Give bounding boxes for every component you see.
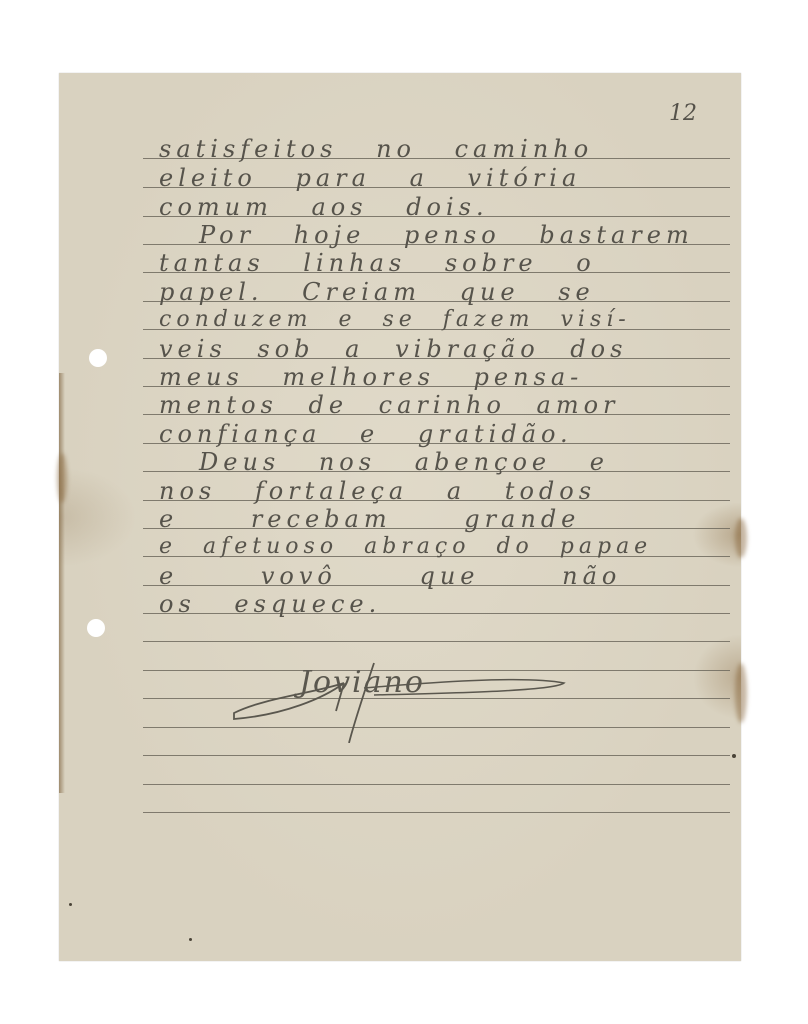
handwritten-line: tantas linhas sobre o <box>159 249 739 277</box>
handwritten-line: meus melhores pensa- <box>159 363 739 391</box>
handwritten-line: os esquece. <box>159 590 739 618</box>
handwritten-line: confiança e gratidão. <box>159 420 739 448</box>
punch-hole-top <box>89 349 107 367</box>
stain-right-2 <box>735 663 747 723</box>
handwritten-line: e vovô que não <box>159 562 739 590</box>
handwritten-line: satisfeitos no caminho <box>159 135 739 163</box>
ink-speck <box>732 754 736 758</box>
handwritten-line: Deus nos abençoe e <box>199 448 779 476</box>
handwritten-line: eleito para a vitória <box>159 164 739 192</box>
edge-stain <box>59 373 65 793</box>
handwritten-line: mentos de carinho amor <box>159 391 739 419</box>
ruled-line <box>143 784 730 785</box>
page-number: 12 <box>669 101 697 126</box>
stain-left <box>57 453 67 503</box>
punch-hole-bottom <box>87 619 105 637</box>
handwritten-line: e recebam grande <box>159 505 739 533</box>
handwritten-line: nos fortaleça a todos <box>159 477 739 505</box>
ruled-line <box>143 755 730 756</box>
handwritten-line: comum aos dois. <box>159 193 739 221</box>
handwritten-line: conduzem e se fazem visí- <box>159 306 739 334</box>
handwritten-line: Por hoje penso bastarem <box>199 221 779 249</box>
ink-speck <box>69 903 72 906</box>
ruled-line <box>143 812 730 813</box>
letter-page: 12 satisfeitos no caminho eleito para a … <box>59 73 741 961</box>
handwritten-line: veis sob a vibração dos <box>159 335 739 363</box>
handwritten-line: e afetuoso abraço do papae <box>159 533 739 561</box>
ruled-line <box>143 641 730 642</box>
signature: Joviano <box>299 665 425 700</box>
handwritten-line: papel. Creiam que se <box>159 278 739 306</box>
ink-speck <box>189 938 192 941</box>
